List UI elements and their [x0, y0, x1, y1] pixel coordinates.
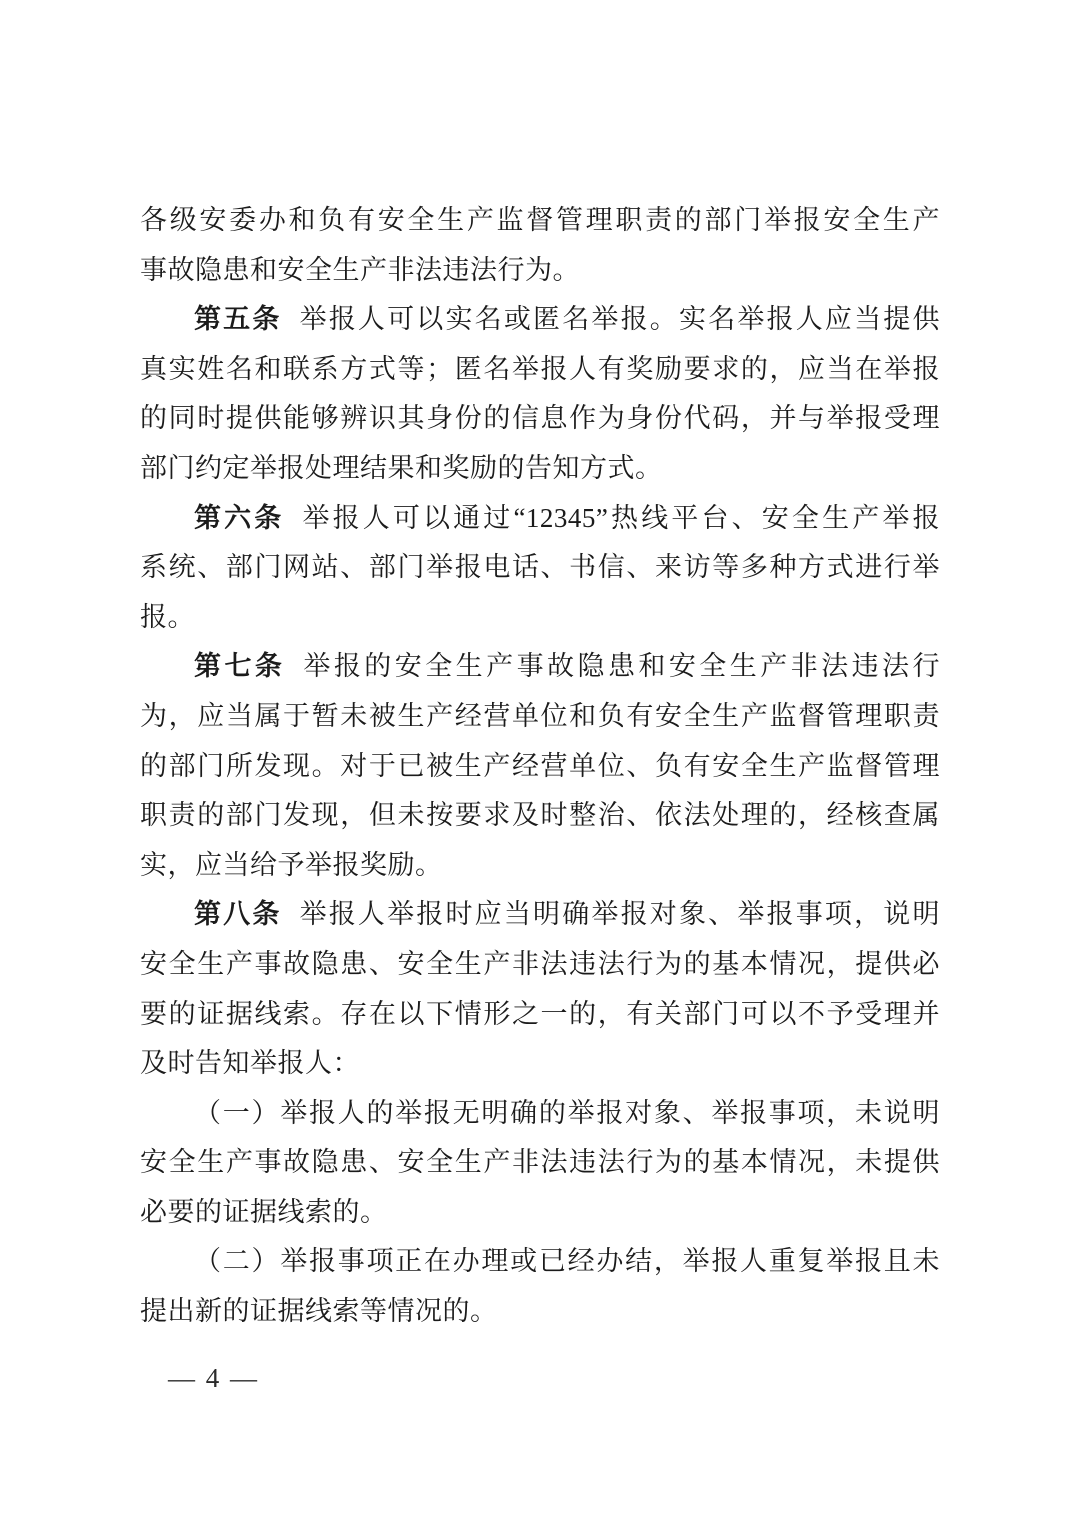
text-line: 真实姓名和联系方式等；匿名举报人有奖励要求的，应当在举报 — [140, 345, 940, 395]
text-line: 报。 — [140, 593, 940, 643]
line-text: 系统、部门网站、部门举报电话、书信、来访等多种方式进行举 — [140, 552, 940, 582]
text-line: （一）举报人的举报无明确的举报对象、举报事项，未说明 — [140, 1089, 940, 1139]
text-line: 提出新的证据线索等情况的。 — [140, 1287, 940, 1337]
text-line: 安全生产事故隐患、安全生产非法违法行为的基本情况，提供必 — [140, 940, 940, 990]
line-text: 要的证据线索。存在以下情形之一的，有关部门可以不予受理并 — [140, 999, 940, 1029]
line-text: 报。 — [140, 602, 195, 632]
text-line: 第六条举报人可以通过“12345”热线平台、安全生产举报 — [140, 494, 940, 544]
line-text: （二）举报事项正在办理或已经办结，举报人重复举报且未 — [194, 1246, 940, 1276]
line-text: 提出新的证据线索等情况的。 — [140, 1296, 498, 1326]
text-line: 第五条举报人可以实名或匿名举报。实名举报人应当提供 — [140, 295, 940, 345]
line-text: 举报人举报时应当明确举报对象、举报事项，说明 — [300, 899, 940, 929]
line-text: （一）举报人的举报无明确的举报对象、举报事项，未说明 — [194, 1098, 940, 1128]
text-line: 要的证据线索。存在以下情形之一的，有关部门可以不予受理并 — [140, 990, 940, 1040]
text-line: 第八条举报人举报时应当明确举报对象、举报事项，说明 — [140, 890, 940, 940]
text-line: （二）举报事项正在办理或已经办结，举报人重复举报且未 — [140, 1237, 940, 1287]
article-number: 第八条 — [194, 899, 282, 929]
line-text: 的部门所发现。对于已被生产经营单位、负有安全生产监督管理 — [140, 751, 940, 781]
line-text: 必要的证据线索的。 — [140, 1197, 388, 1227]
line-text: 举报人可以实名或匿名举报。实名举报人应当提供 — [300, 304, 940, 334]
text-line: 实，应当给予举报奖励。 — [140, 841, 940, 891]
text-line: 为，应当属于暂未被生产经营单位和负有安全生产监督管理职责 — [140, 692, 940, 742]
text-line: 的部门所发现。对于已被生产经营单位、负有安全生产监督管理 — [140, 742, 940, 792]
line-text: 举报人可以通过“12345”热线平台、安全生产举报 — [302, 503, 940, 533]
line-text: 安全生产事故隐患、安全生产非法违法行为的基本情况，提供必 — [140, 949, 940, 979]
line-text: 事故隐患和安全生产非法违法行为。 — [140, 255, 580, 285]
text-line: 必要的证据线索的。 — [140, 1188, 940, 1238]
line-text: 的同时提供能够辨识其身份的信息作为身份代码，并与举报受理 — [140, 403, 940, 433]
document-page: 各级安委办和负有安全生产监督管理职责的部门举报安全生产 事故隐患和安全生产非法违… — [0, 0, 1074, 1520]
article-number: 第五条 — [194, 304, 282, 334]
text-line: 系统、部门网站、部门举报电话、书信、来访等多种方式进行举 — [140, 543, 940, 593]
line-text: 各级安委办和负有安全生产监督管理职责的部门举报安全生产 — [140, 205, 940, 235]
article-number: 第七条 — [194, 651, 285, 681]
text-line: 职责的部门发现，但未按要求及时整治、依法处理的，经核查属 — [140, 791, 940, 841]
text-line: 及时告知举报人： — [140, 1039, 940, 1089]
document-body: 各级安委办和负有安全生产监督管理职责的部门举报安全生产 事故隐患和安全生产非法违… — [140, 196, 940, 1337]
page-footer: — 4 — — [168, 1363, 259, 1394]
article-number: 第六条 — [194, 503, 284, 533]
text-line: 事故隐患和安全生产非法违法行为。 — [140, 246, 940, 296]
line-text: 实，应当给予举报奖励。 — [140, 850, 443, 880]
text-line: 部门约定举报处理结果和奖励的告知方式。 — [140, 444, 940, 494]
line-text: 为，应当属于暂未被生产经营单位和负有安全生产监督管理职责 — [140, 701, 940, 731]
line-text: 职责的部门发现，但未按要求及时整治、依法处理的，经核查属 — [140, 800, 940, 830]
line-text: 举报的安全生产事故隐患和安全生产非法违法行 — [303, 651, 940, 681]
line-text: 部门约定举报处理结果和奖励的告知方式。 — [140, 453, 663, 483]
line-text: 真实姓名和联系方式等；匿名举报人有奖励要求的，应当在举报 — [140, 354, 940, 384]
text-line: 的同时提供能够辨识其身份的信息作为身份代码，并与举报受理 — [140, 394, 940, 444]
page-number: — 4 — — [168, 1363, 259, 1393]
text-line: 各级安委办和负有安全生产监督管理职责的部门举报安全生产 — [140, 196, 940, 246]
line-text: 及时告知举报人： — [140, 1048, 360, 1078]
text-line: 第七条举报的安全生产事故隐患和安全生产非法违法行 — [140, 642, 940, 692]
line-text: 安全生产事故隐患、安全生产非法违法行为的基本情况，未提供 — [140, 1147, 940, 1177]
text-line: 安全生产事故隐患、安全生产非法违法行为的基本情况，未提供 — [140, 1138, 940, 1188]
